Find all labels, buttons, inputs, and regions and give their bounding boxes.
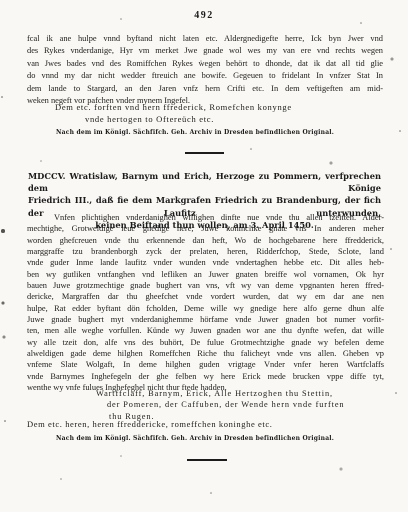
text-line: alweldigen gade deme hilghen Romeffchen … <box>27 348 384 359</box>
signature-block: Wartffclaff, Barnym, Erick, Alle Hertzog… <box>96 388 344 422</box>
text-line: mechtighe, Grotweldige leue gnedige here… <box>27 223 384 234</box>
text-line: wy alle tzeit don, alfe vns des buhört, … <box>27 337 384 348</box>
text-line: van Jwes bades vnd des Romiffchen Rykes … <box>27 58 383 70</box>
source-note: Nach dem im Königl. Sächfifch. Geh. Arch… <box>56 435 334 442</box>
text-line: do vnnd my dar nicht wedder ftreuich ane… <box>27 70 383 82</box>
text-line: Vnfen plichtighen vnderdanighen willighe… <box>27 212 384 223</box>
scan-speckles <box>0 0 2 2</box>
body-paragraph-continuation: fcal ik ane hulpe vnnd byftand nicht lat… <box>27 33 383 107</box>
address-block: Dem etc. forften vnd hern ffrederick, Ro… <box>55 101 390 125</box>
section-divider-rule <box>185 152 224 154</box>
charter-body-paragraph: Vnfen plichtighen vnderdanighen willighe… <box>27 212 384 394</box>
source-note: Nach dem im Königl. Sächfifch. Geh. Arch… <box>56 129 334 136</box>
text-line: bauen Juwe grotzmechtige gnade bughert v… <box>27 280 384 291</box>
text-line: worden ghefcreuen vnde thu erkennende da… <box>27 235 384 246</box>
address-line: Dem etc. heren, heren ffreddericke, rome… <box>27 419 273 429</box>
page-number: 492 <box>0 10 408 21</box>
text-line: der Pomeren, der Caffuben, der Wende her… <box>96 399 344 410</box>
text-line: Dem etc. forften vnd hern ffrederick, Ro… <box>55 101 390 113</box>
text-line: des Rykes vnderdanige, Hyr vm merket Jwe… <box>27 45 383 57</box>
text-line: dem lande to Stargard, an den Jaren vnfz… <box>27 83 383 95</box>
text-line: dericke, Margraffen dar thu gheefchet vn… <box>27 291 384 302</box>
text-line: vnde hertogen to Oftereüch etc. <box>55 113 390 125</box>
text-line: ben wy gutliken vntfanghen vnd lefliken … <box>27 269 384 280</box>
scanned-book-page: 492 fcal ik ane hulpe vnnd byftand nicht… <box>0 0 408 512</box>
text-line: vnfeme Slate Wolgaft, In deme hilghen gu… <box>27 359 384 370</box>
text-line: ten, men alle weghe vorfullen. Künde wy … <box>27 325 384 336</box>
text-line: Wartffclaff, Barnym, Erick, Alle Hertzog… <box>96 388 344 399</box>
end-divider-rule <box>187 459 227 461</box>
text-line: vnde guder Inme lande laufitz vnder wund… <box>27 257 384 268</box>
text-line: marggraffe tzu brandenborgh zyck der pre… <box>27 246 384 257</box>
text-line: Juwe gnade bughert myt vnderdanighemme h… <box>27 314 384 325</box>
text-line: vnde Barnymes Inghefegeln der ghe felben… <box>27 371 384 382</box>
text-line: hulpe, Rat edder byftant dön fcholden, D… <box>27 303 384 314</box>
text-line: MDCCV. Wratislaw, Barnym und Erich, Herz… <box>28 170 381 194</box>
text-line: fcal ik ane hulpe vnnd byftand nicht lat… <box>27 33 383 45</box>
